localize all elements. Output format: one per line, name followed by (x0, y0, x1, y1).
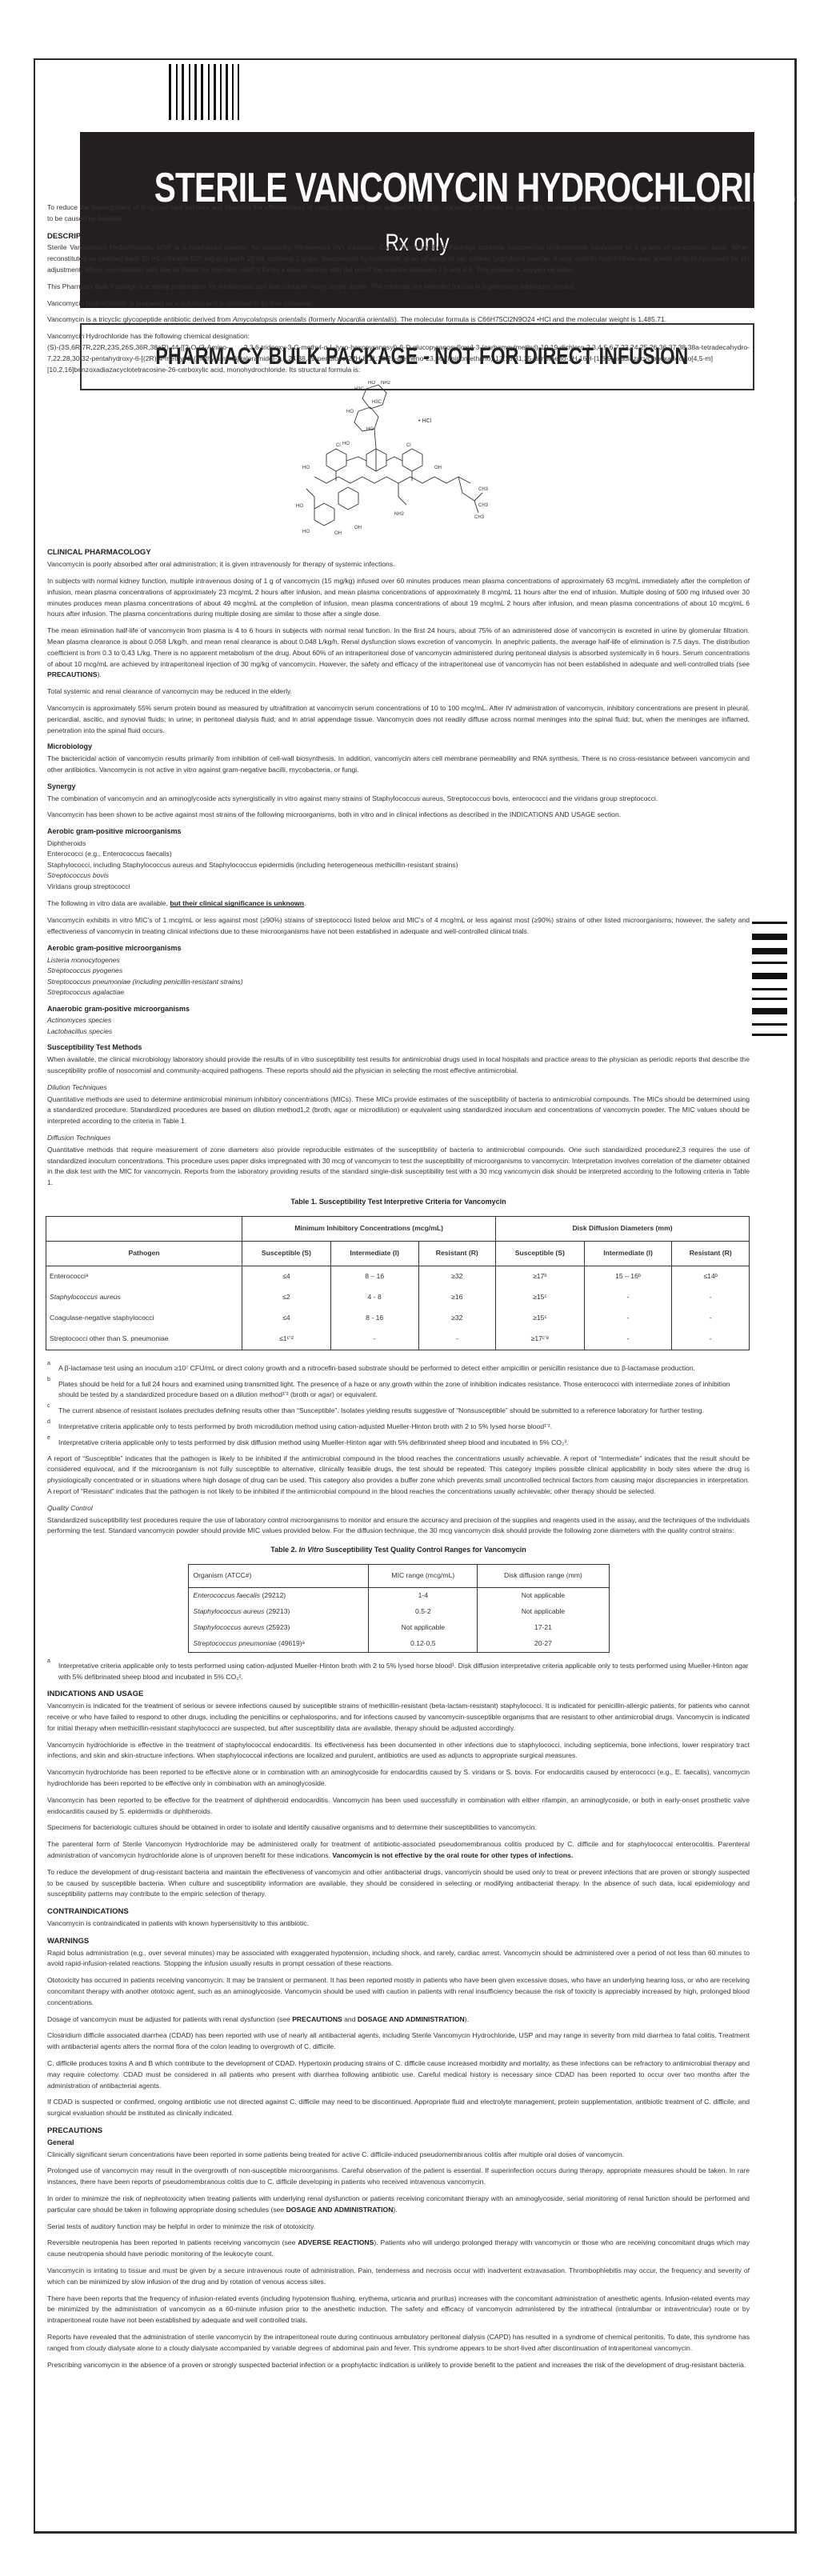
pathogen-cell: Enterococciᵃ (46, 1266, 242, 1287)
criteria-cell: - (584, 1287, 672, 1308)
list-item: Streptococcus pneumoniae (including peni… (47, 977, 750, 988)
criteria-cell: ≥17ᶜʼᵉ (496, 1329, 585, 1350)
description-p2: This Pharmacy Bulk Package is a sterile … (47, 282, 750, 293)
table-row: Streptococci other than S. pneumoniae≤1ᶜ… (46, 1329, 750, 1350)
organism-cell: Enterococcus faecalis (29212) (188, 1587, 369, 1604)
susceptibility-paragraph: When available, the clinical microbiolog… (47, 1054, 750, 1077)
qc-ranges-table: Organism (ATCC#)MIC range (mcg/mL)Disk d… (188, 1564, 610, 1653)
clin-pharm-p5: Vancomycin is approximately 55% serum pr… (47, 703, 750, 736)
criteria-cell: ≤4 (242, 1308, 331, 1329)
precautions-general-heading: General (47, 2138, 750, 2149)
list-item: Streptococcus agalactiae (47, 987, 750, 998)
list-item: Diphtheroids (47, 838, 750, 850)
microbiology-heading: Microbiology (47, 742, 750, 753)
criteria-cell: 8 - 16 (330, 1308, 418, 1329)
svg-text:CH3: CH3 (478, 503, 489, 508)
precautions-p4: There have been reports that the frequen… (47, 2294, 750, 2326)
microbiology-p1: The bactericidal action of vancomycin re… (47, 754, 750, 776)
range-cell: Not applicable (478, 1587, 609, 1604)
range-cell: 0.5-2 (369, 1604, 478, 1620)
precautions-serial: Serial tests of auditory function may be… (47, 2222, 750, 2233)
table-footnote: aA β-lactamase test using an inoculum ≥1… (47, 1363, 750, 1374)
table-footnote: dInterpretative criteria applicable only… (47, 1422, 750, 1433)
organism-cell: Staphylococcus aureus (25923) (188, 1620, 369, 1636)
clinical-pharmacology-heading: CLINICAL PHARMACOLOGY (47, 547, 750, 558)
svg-text:HO: HO (346, 410, 354, 414)
table-column-header: Organism (ATCC#) (188, 1564, 369, 1587)
aerobic2-organism-list: Listeria monocytogenes Streptococcus pyo… (47, 955, 750, 998)
criteria-cell: ≤14ᵇ (672, 1266, 750, 1287)
description-p5: Vancomycin Hydrochloride has the followi… (47, 331, 750, 342)
svg-text:HO: HO (368, 381, 375, 386)
svg-text:NH2: NH2 (381, 381, 391, 386)
criteria-cell: ≥32 (418, 1266, 495, 1287)
description-heading: DESCRIPTION (47, 231, 750, 242)
table-footnote: bPlates should be held for a full 24 hou… (47, 1379, 750, 1402)
table-row: Enterococcus faecalis (29212)1-4Not appl… (188, 1587, 609, 1604)
list-item: Streptococcus pyogenes (47, 966, 750, 977)
svg-text:HO: HO (302, 530, 310, 534)
invitro-note: The following in vitro data are availabl… (47, 898, 750, 910)
description-p1: Sterile Vancomycin Hydrochloride, USP is… (47, 242, 750, 275)
svg-text:Cl: Cl (406, 443, 411, 448)
diffusion-heading: Diffusion Techniques (47, 1133, 750, 1144)
table-column-header: Susceptible (S) (496, 1241, 585, 1266)
range-cell: 0.12-0.5 (369, 1636, 478, 1653)
susceptibility-heading: Susceptibility Test Methods (47, 1042, 750, 1054)
dilution-heading: Dilution Techniques (47, 1082, 750, 1094)
indications-p6: The parenteral form of Sterile Vancomyci… (47, 1839, 750, 1862)
precautions-p2: Prolonged use of vancomycin may result i… (47, 2166, 750, 2188)
contraindications-heading: CONTRAINDICATIONS (47, 1906, 750, 1918)
warnings-heading: WARNINGS (47, 1936, 750, 1947)
pathogen-cell: Coagulase-negative staphylococci (46, 1308, 242, 1329)
criteria-cell: 8 – 16 (330, 1266, 418, 1287)
criteria-cell: ≤4 (242, 1266, 331, 1287)
table-header-mic: Minimum Inhibitory Concentrations (mcg/m… (242, 1216, 496, 1241)
clin-pharm-p3: The mean elimination half-life of vancom… (47, 626, 750, 681)
svg-text:HO: HO (366, 427, 374, 432)
criteria-cell: ≥32 (418, 1308, 495, 1329)
precautions-heading: PRECAUTIONS (47, 2126, 750, 2137)
svg-text:H3C: H3C (372, 400, 382, 405)
synergy-paragraph: The combination of vancomycin and an ami… (47, 794, 750, 805)
list-item: Enterococci (e.g., Enterococcus faecalis… (47, 849, 750, 860)
range-cell: Not applicable (478, 1604, 609, 1620)
contraindications-paragraph: Vancomycin is contraindicated in patient… (47, 1918, 750, 1930)
criteria-cell: - (330, 1329, 418, 1350)
indications-p7: To reduce the development of drug-resist… (47, 1867, 750, 1900)
precautions-nephro: In order to minimize the risk of nephrot… (47, 2194, 750, 2216)
table-column-header: Resistant (R) (418, 1241, 495, 1266)
table-header-disk: Disk Diffusion Diameters (mm) (496, 1216, 750, 1241)
list-item: Actinomyces species (47, 1015, 750, 1026)
criteria-cell: - (418, 1329, 495, 1350)
aerobic-heading: Aerobic gram-positive microorganisms (47, 826, 750, 838)
warnings-cdad-p2: C. difficile produces toxins A and B whi… (47, 2058, 750, 2091)
svg-text:H3C: H3C (354, 387, 365, 392)
list-item: Staphylococci, including Staphylococcus … (47, 860, 750, 871)
criteria-cell: 15 – 16ᵇ (584, 1266, 672, 1287)
pharmacode-barcode-top (169, 64, 239, 120)
table-row: Staphylococcus aureus (29213)0.5-2Not ap… (188, 1604, 609, 1620)
table-column-header: Resistant (R) (672, 1241, 750, 1266)
table-row: Staphylococcus aureus≤24 - 8≥16≥15ᶜ-- (46, 1287, 750, 1308)
table-column-header: Intermediate (I) (584, 1241, 672, 1266)
table2-footnote: aInterpretative criteria applicable only… (47, 1661, 750, 1683)
dilution-paragraph: Quantitative methods are used to determi… (47, 1094, 750, 1127)
pathogen-cell: Staphylococcus aureus (46, 1287, 242, 1308)
warnings-cdad-p1: Clostridium difficile associated diarrhe… (47, 2030, 750, 2053)
clin-pharm-p2: In subjects with normal kidney function,… (47, 576, 750, 620)
criteria-cell: - (672, 1308, 750, 1329)
activity-paragraph: Vancomycin has been shown to be active a… (47, 810, 750, 821)
criteria-cell: ≤1ᶜʼᵈ (242, 1329, 331, 1350)
svg-text:HO: HO (302, 466, 310, 470)
svg-text:OH: OH (354, 526, 362, 530)
description-p3: Vancomycin hydrochloride is prepared as … (47, 298, 750, 310)
list-item: Viridans group streptococci (47, 882, 750, 893)
criteria-cell: ≤2 (242, 1287, 331, 1308)
warnings-p2: Ototoxicity has occurred in patients rec… (47, 1975, 750, 2008)
svg-text:• HCl: • HCl (418, 418, 432, 424)
precautions-p5: Reports have revealed that the administr… (47, 2332, 750, 2354)
svg-text:NH2: NH2 (394, 512, 405, 517)
criteria-cell: ≥15ᶜ (496, 1308, 585, 1329)
description-p4: Vancomycin is a tricyclic glycopeptide a… (47, 314, 750, 326)
criteria-cell: - (584, 1308, 672, 1329)
vancomycin-structure-icon: HONH2 H3CH3C HOHOHO ClCl HOOH HONH2 HOOH… (278, 381, 518, 541)
table-footnote: eInterpretative criteria applicable only… (47, 1438, 750, 1449)
precautions-p1: Clinically significant serum concentrati… (47, 2150, 750, 2161)
svg-text:CH3: CH3 (478, 487, 489, 492)
table-row: Enterococciᵃ≤48 – 16≥32≥17ᵇ15 – 16ᵇ≤14ᵇ (46, 1266, 750, 1287)
indications-p2: Vancomycin hydrochloride is effective in… (47, 1740, 750, 1762)
table-header-blank (46, 1216, 242, 1241)
criteria-cell: - (672, 1329, 750, 1350)
chemical-designation: (S)-(3S,6R,7R,22R,23S,26S,36R,38aR)-44-[… (47, 342, 750, 375)
report-paragraph: A report of “Susceptible” indicates that… (47, 1454, 750, 1498)
indications-heading: INDICATIONS AND USAGE (47, 1689, 750, 1700)
svg-text:HO: HO (296, 504, 303, 509)
precautions-neutro: Reversible neutropenia has been reported… (47, 2238, 750, 2260)
table-row: Coagulase-negative staphylococci≤48 - 16… (46, 1308, 750, 1329)
intro-paragraph: To reduce the development of drug-resist… (47, 202, 750, 225)
svg-text:Cl: Cl (336, 443, 341, 448)
svg-text:CH3: CH3 (474, 515, 485, 520)
svg-text:HO: HO (342, 442, 350, 446)
criteria-cell: ≥17ᵇ (496, 1266, 585, 1287)
range-cell: 1-4 (369, 1587, 478, 1604)
table-footnote: cThe current absence of resistant isolat… (47, 1406, 750, 1417)
organism-cell: Streptococcus pneumoniae (49619)ᵃ (188, 1636, 369, 1653)
indications-p1: Vancomycin is indicated for the treatmen… (47, 1701, 750, 1734)
table-column-header: Disk diffusion range (mm) (478, 1564, 609, 1587)
range-cell: Not applicable (369, 1620, 478, 1636)
svg-text:OH: OH (334, 531, 342, 536)
table1-caption: Table 1. Susceptibility Test Interpretiv… (47, 1197, 750, 1208)
organism-cell: Staphylococcus aureus (29213) (188, 1604, 369, 1620)
table-column-header: MIC range (mcg/mL) (369, 1564, 478, 1587)
table-row: Staphylococcus aureus (25923)Not applica… (188, 1620, 609, 1636)
quality-control-paragraph: Standardized susceptibility test procedu… (47, 1515, 750, 1538)
precautions-p3: Vancomycin is irritating to tissue and m… (47, 2266, 750, 2288)
list-item: Lactobacillus species (47, 1026, 750, 1038)
anaerobic-heading: Anaerobic gram-positive microorganisms (47, 1004, 750, 1015)
table1-footnotes: aA β-lactamase test using an inoculum ≥1… (47, 1363, 750, 1449)
warnings-dosage: Dosage of vancomycin must be adjusted fo… (47, 2014, 750, 2026)
anaerobic-organism-list: Actinomyces species Lactobacillus specie… (47, 1015, 750, 1037)
diffusion-paragraph: Quantitative methods that require measur… (47, 1145, 750, 1189)
list-item: Streptococcus bovis (47, 870, 750, 882)
criteria-cell: ≥15ᶜ (496, 1287, 585, 1308)
aerobic-organism-list: Diphtheroids Enterococci (e.g., Enteroco… (47, 838, 750, 893)
susceptibility-criteria-table: Minimum Inhibitory Concentrations (mcg/m… (46, 1216, 750, 1350)
criteria-cell: - (584, 1329, 672, 1350)
warnings-p1: Rapid bolus administration (e.g., over s… (47, 1948, 750, 1970)
indications-p5: Specimens for bacteriologic cultures sho… (47, 1822, 750, 1834)
criteria-cell: 4 - 8 (330, 1287, 418, 1308)
structural-formula-image: HONH2 H3CH3C HOHOHO ClCl HOOH HONH2 HOOH… (278, 381, 518, 541)
table-column-header: Intermediate (I) (330, 1241, 418, 1266)
range-cell: 20-27 (478, 1636, 609, 1653)
range-cell: 17-21 (478, 1620, 609, 1636)
criteria-cell: ≥16 (418, 1287, 495, 1308)
pathogen-cell: Streptococci other than S. pneumoniae (46, 1329, 242, 1350)
mic-paragraph: Vancomycin exhibits in vitro MIC's of 1 … (47, 915, 750, 938)
aerobic2-heading: Aerobic gram-positive microorganisms (47, 943, 750, 954)
clin-pharm-p4: Total systemic and renal clearance of va… (47, 686, 750, 698)
clin-pharm-p1: Vancomycin is poorly absorbed after oral… (47, 559, 750, 570)
prescribing-information: To reduce the development of drug-resist… (47, 202, 750, 2376)
table-row: Streptococcus pneumoniae (49619)ᵃ0.12-0.… (188, 1636, 609, 1653)
table2-caption: Table 2. In Vitro Susceptibility Test Qu… (47, 1545, 750, 1556)
quality-control-heading: Quality Control (47, 1503, 750, 1514)
criteria-cell: - (672, 1287, 750, 1308)
indications-p3: Vancomycin hydrochloride has been report… (47, 1767, 750, 1790)
table-column-header: Pathogen (46, 1241, 242, 1266)
table-column-header: Susceptible (S) (242, 1241, 331, 1266)
precautions-p6: Prescribing vancomycin in the absence of… (47, 2360, 750, 2371)
indications-p4: Vancomycin has been reported to be effec… (47, 1795, 750, 1818)
warnings-cdad-p3: If CDAD is suspected or confirmed, ongoi… (47, 2097, 750, 2119)
list-item: Listeria monocytogenes (47, 955, 750, 966)
synergy-heading: Synergy (47, 782, 750, 793)
svg-text:OH: OH (434, 466, 442, 470)
